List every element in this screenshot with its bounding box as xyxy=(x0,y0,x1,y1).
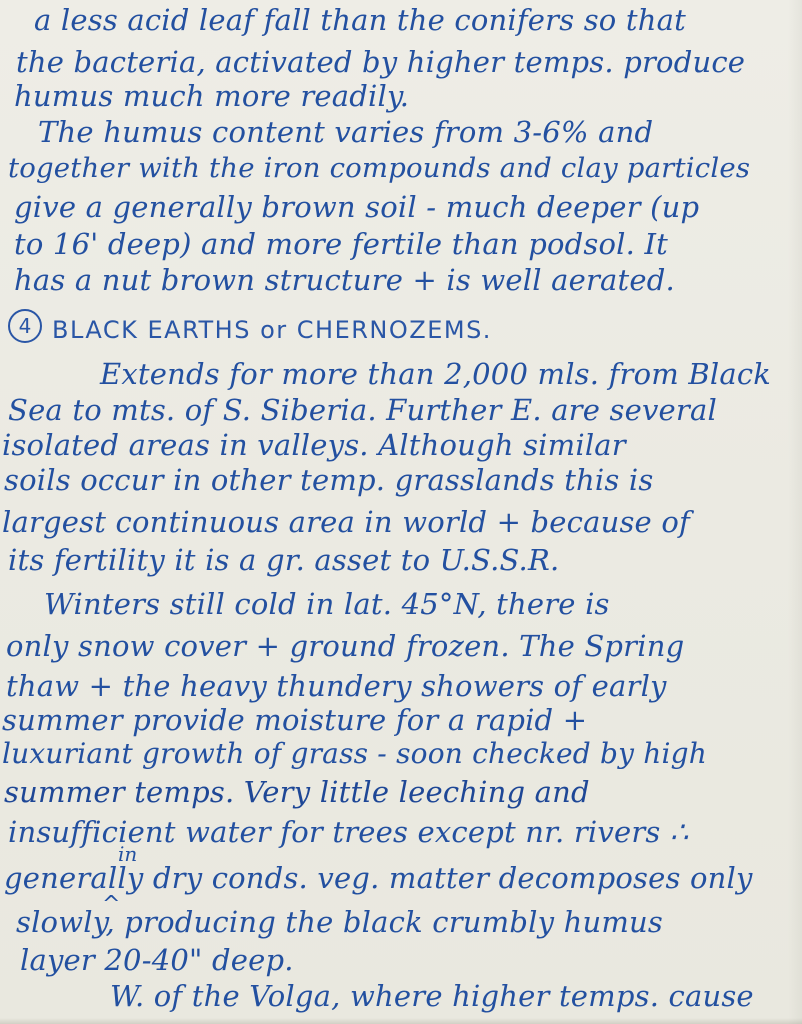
section-heading: BLACK EARTHS or CHERNOZEMS. xyxy=(52,318,492,342)
text-line-2: the bacteria, activated by higher temps.… xyxy=(16,48,745,77)
page-bottom-edge xyxy=(0,1018,802,1024)
text-line-22: generally dry conds. veg. matter decompo… xyxy=(4,864,753,893)
text-line-9: Extends for more than 2,000 mls. from Bl… xyxy=(100,360,771,389)
text-line-12: soils occur in other temp. grasslands th… xyxy=(4,466,653,495)
text-line-1: a less acid leaf fall than the conifers … xyxy=(34,6,686,35)
section-number-circle: 4 xyxy=(8,309,42,343)
text-line-24: layer 20-40" deep. xyxy=(20,946,294,975)
text-line-21: insufficient water for trees except nr. … xyxy=(8,818,689,847)
text-line-20: summer temps. Very little leeching and xyxy=(4,778,590,807)
text-line-6: give a generally brown soil - much deepe… xyxy=(14,193,699,222)
text-line-5: together with the iron compounds and cla… xyxy=(8,155,750,183)
text-line-15: Winters still cold in lat. 45°N, there i… xyxy=(44,590,610,619)
notebook-page: a less acid leaf fall than the conifers … xyxy=(0,0,802,1024)
text-line-3: humus much more readily. xyxy=(14,82,409,111)
text-line-11: isolated areas in valleys. Although simi… xyxy=(2,431,626,460)
text-line-13: largest continuous area in world + becau… xyxy=(2,508,690,537)
text-line-23: slowly, producing the black crumbly humu… xyxy=(16,908,663,937)
text-line-14: its fertility it is a gr. asset to U.S.S… xyxy=(8,546,559,575)
text-line-19: luxuriant growth of grass - soon checked… xyxy=(2,740,707,768)
text-line-16: only snow cover + ground frozen. The Spr… xyxy=(6,632,684,661)
text-line-17: thaw + the heavy thundery showers of ear… xyxy=(6,672,667,701)
text-line-4: The humus content varies from 3-6% and xyxy=(38,118,653,147)
text-line-7: to 16' deep) and more fertile than podso… xyxy=(14,230,668,259)
text-line-18: summer provide moisture for a rapid + xyxy=(2,706,587,735)
text-line-8: has a nut brown structure + is well aera… xyxy=(14,266,675,295)
text-line-25: W. of the Volga, where higher temps. cau… xyxy=(110,982,754,1011)
text-line-10: Sea to mts. of S. Siberia. Further E. ar… xyxy=(8,396,717,425)
